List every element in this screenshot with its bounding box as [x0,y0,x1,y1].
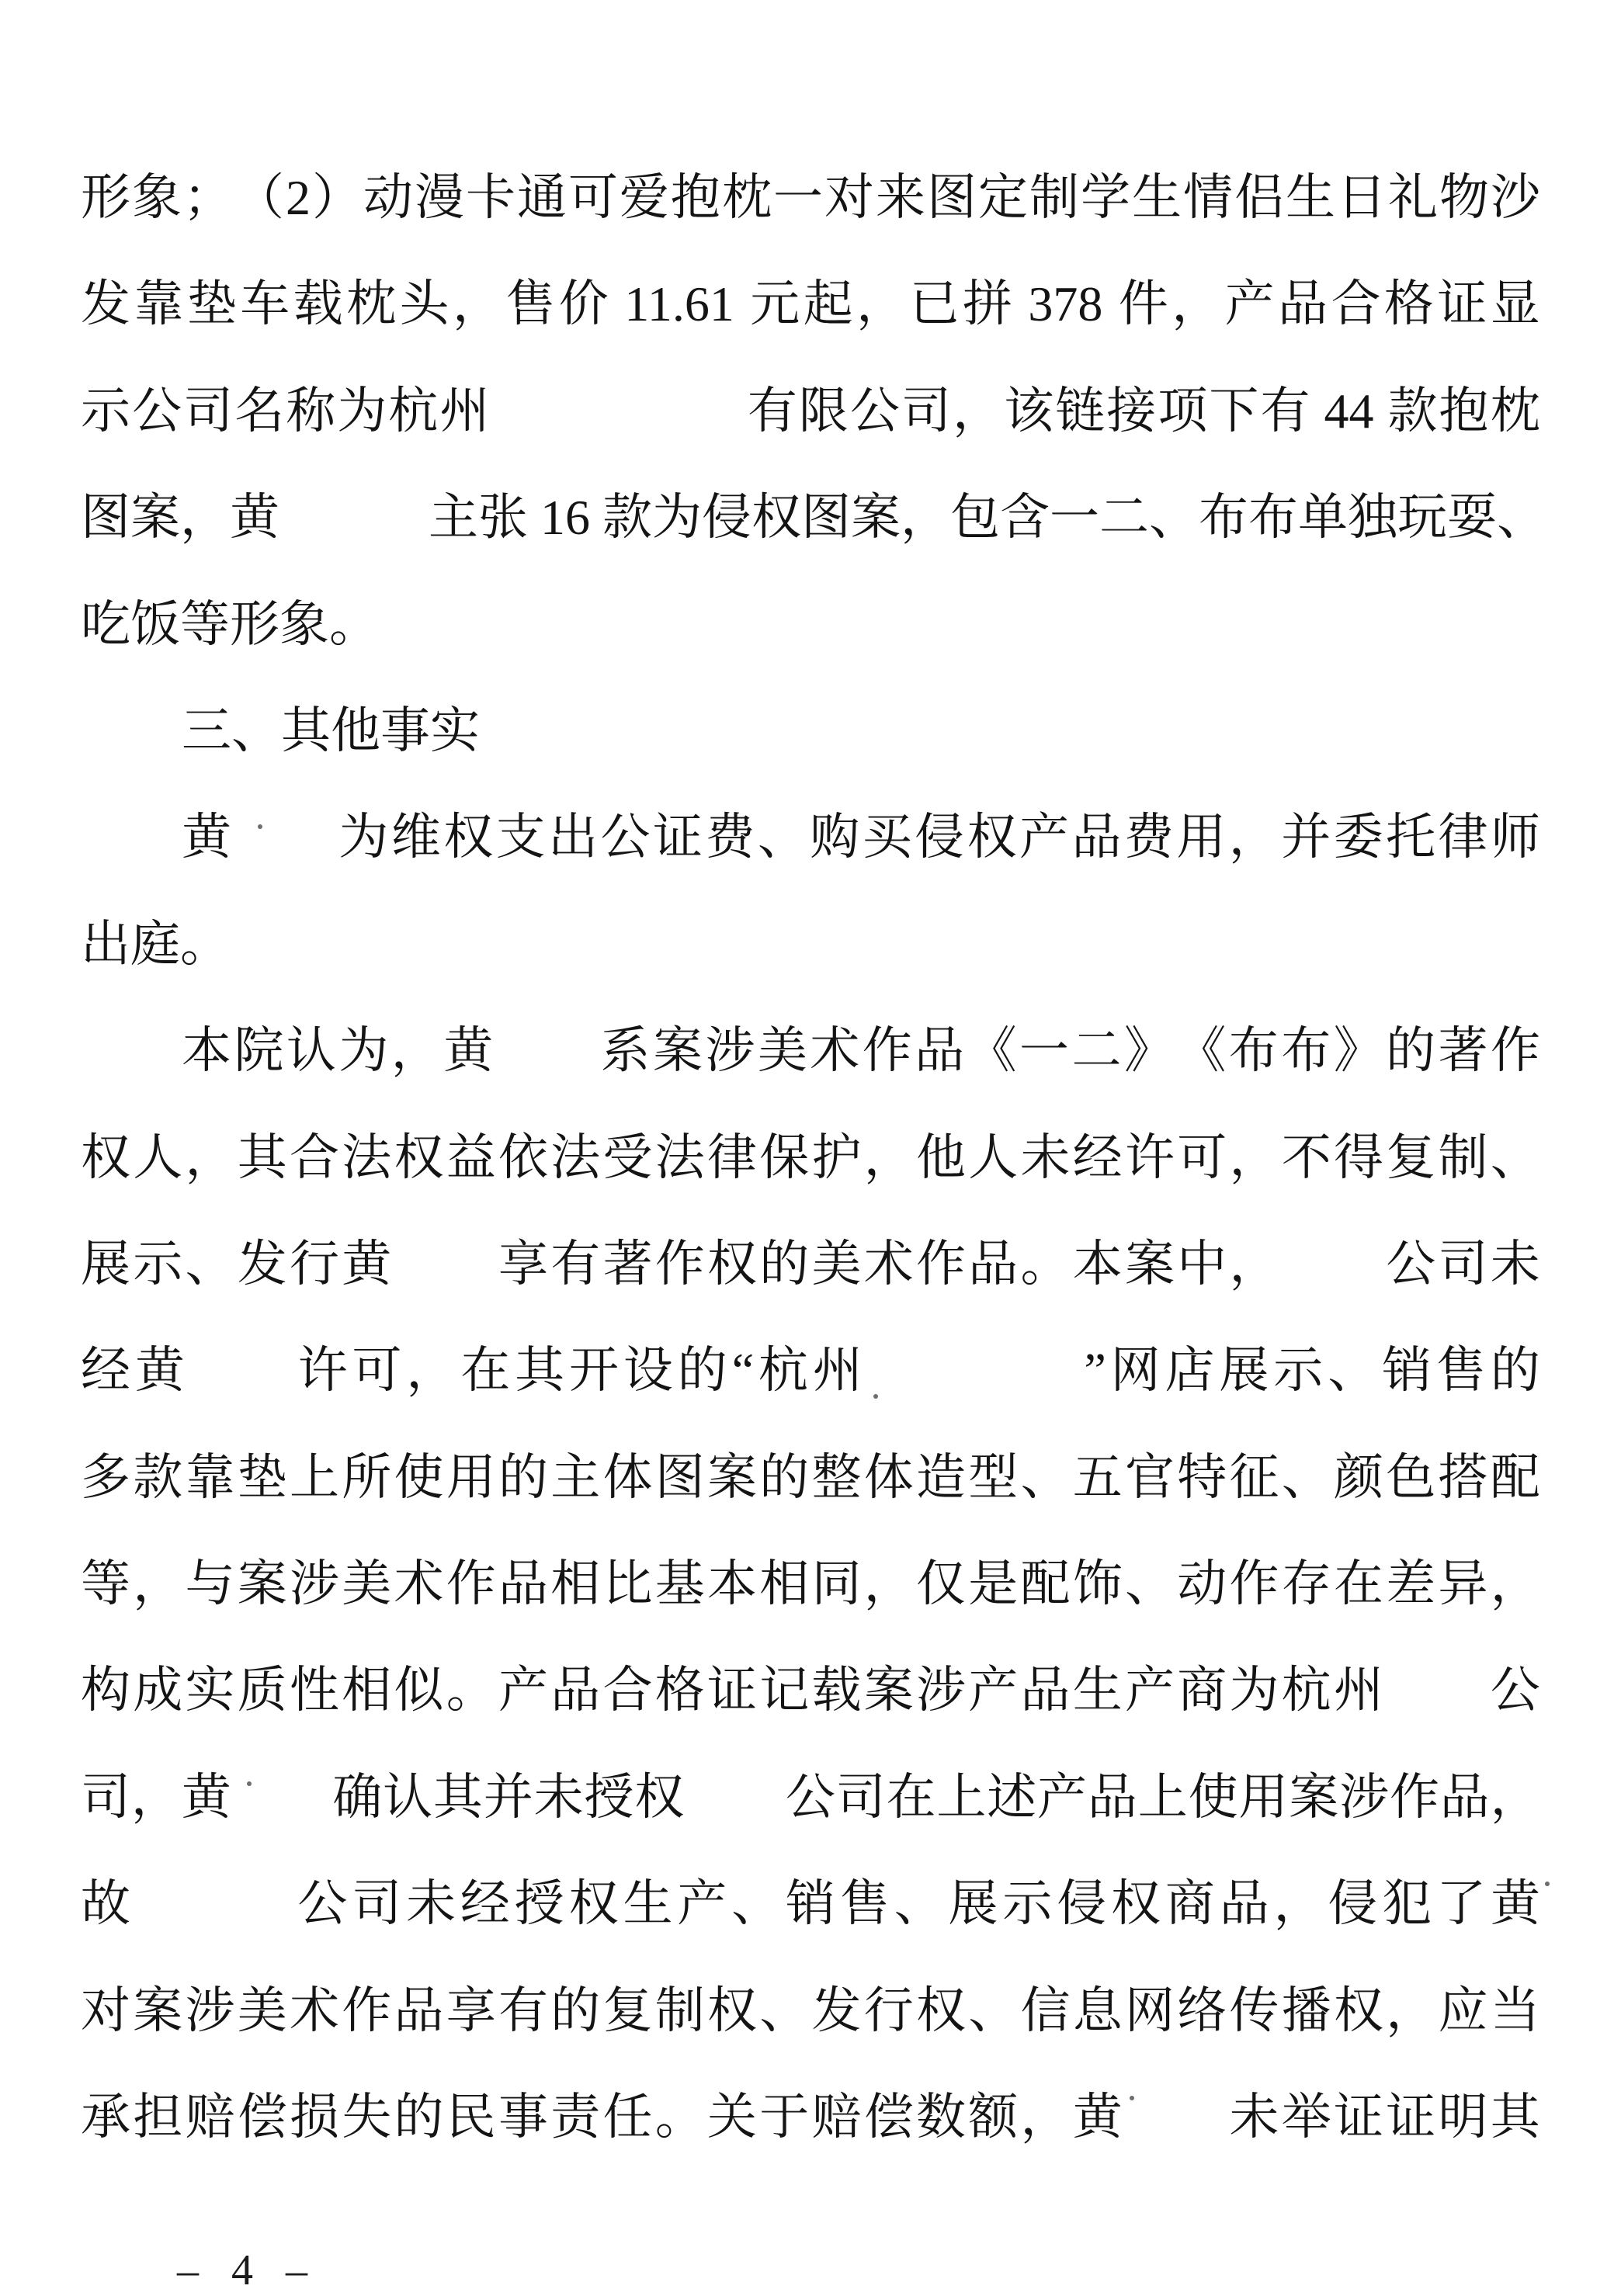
text-line: 本院认为，黄 系案涉美术作品《一二》《布布》的著作 [81,997,1540,1104]
text-line: 示公司名称为杭州 有限公司，该链接项下有 44 款抱枕 [81,358,1540,464]
scan-speck [258,824,262,829]
page-number: – 4 – [177,2245,318,2296]
text-line: 形象；（2）动漫卡通可爱抱枕一对来图定制学生情侣生日礼物沙 [81,144,1540,251]
document-body: 形象；（2）动漫卡通可爱抱枕一对来图定制学生情侣生日礼物沙 发靠垫车载枕头，售价… [81,144,1540,2170]
text-line: 承担赔偿损失的民事责任。关于赔偿数额，黄 未举证证明其 [81,2064,1540,2170]
text-line: 等，与案涉美术作品相比基本相同，仅是配饰、动作存在差异， [81,1531,1540,1637]
scan-speck [873,1394,878,1399]
text-line: 出庭。 [81,891,1540,997]
text-line: 权人，其合法权益依法受法律保护，他人未经许可，不得复制、 [81,1105,1540,1211]
text-line: 多款靠垫上所使用的主体图案的整体造型、五官特征、颜色搭配 [81,1424,1540,1531]
text-line: 图案，黄 主张 16 款为侵权图案，包含一二、布布单独玩耍、 [81,464,1540,571]
text-line: 经黄 许可，在其开设的“杭州 ”网店展示、销售的 [81,1317,1540,1424]
scan-speck [247,1781,252,1786]
text-line: 吃饭等形象。 [81,571,1540,678]
text-line: 故 公司未经授权生产、销售、展示侵权商品，侵犯了黄 [81,1850,1540,1957]
text-line: 构成实质性相似。产品合格证记载案涉产品生产商为杭州 公 [81,1637,1540,1743]
scan-speck [1545,1882,1550,1886]
text-line: 展示、发行黄 享有著作权的美术作品。本案中， 公司未 [81,1211,1540,1317]
text-line: 黄 为维权支出公证费、购买侵权产品费用，并委托律师 [81,784,1540,890]
text-line: 对案涉美术作品享有的复制权、发行权、信息网络传播权，应当 [81,1958,1540,2064]
text-line: 发靠垫车载枕头，售价 11.61 元起，已拼 378 件，产品合格证显 [81,251,1540,357]
scan-speck [1130,2096,1134,2100]
document-page: 形象；（2）动漫卡通可爱抱枕一对来图定制学生情侣生日礼物沙 发靠垫车载枕头，售价… [0,0,1621,2296]
text-line: 司，黄 确认其并未授权 公司在上述产品上使用案涉作品， [81,1744,1540,1850]
section-heading: 三、其他事实 [81,678,1540,784]
